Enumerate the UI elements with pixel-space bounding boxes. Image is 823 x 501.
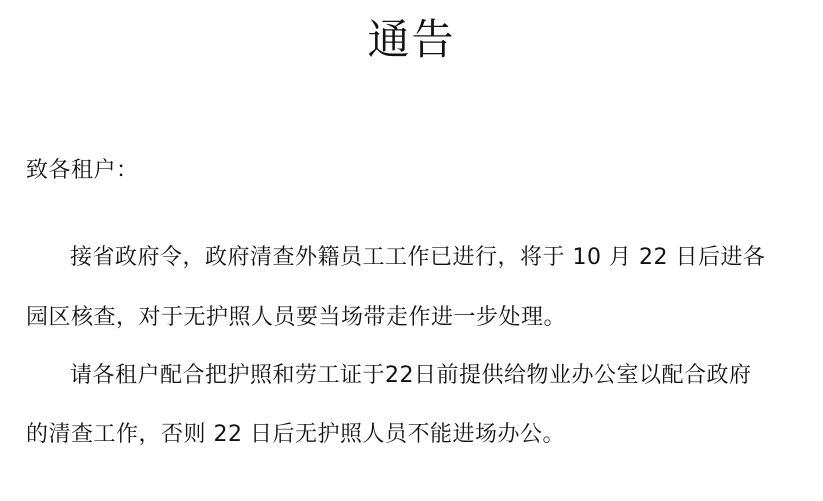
notice-title: 通告 — [0, 12, 823, 68]
paragraph-line: 的清查工作，否则 22 日后无护照人员不能进场办公。 — [26, 420, 565, 450]
paragraph-line: 接省政府令，政府清查外籍员工工作已进行，将于 10 月 22 日后进各 — [70, 243, 765, 273]
paragraph-line: 请各租户配合把护照和劳工证于22日前提供给物业办公室以配合政府 — [70, 361, 752, 391]
paragraph-line: 园区核查，对于无护照人员要当场带走作进一步处理。 — [26, 303, 566, 333]
salutation: 致各租户： — [26, 156, 139, 186]
